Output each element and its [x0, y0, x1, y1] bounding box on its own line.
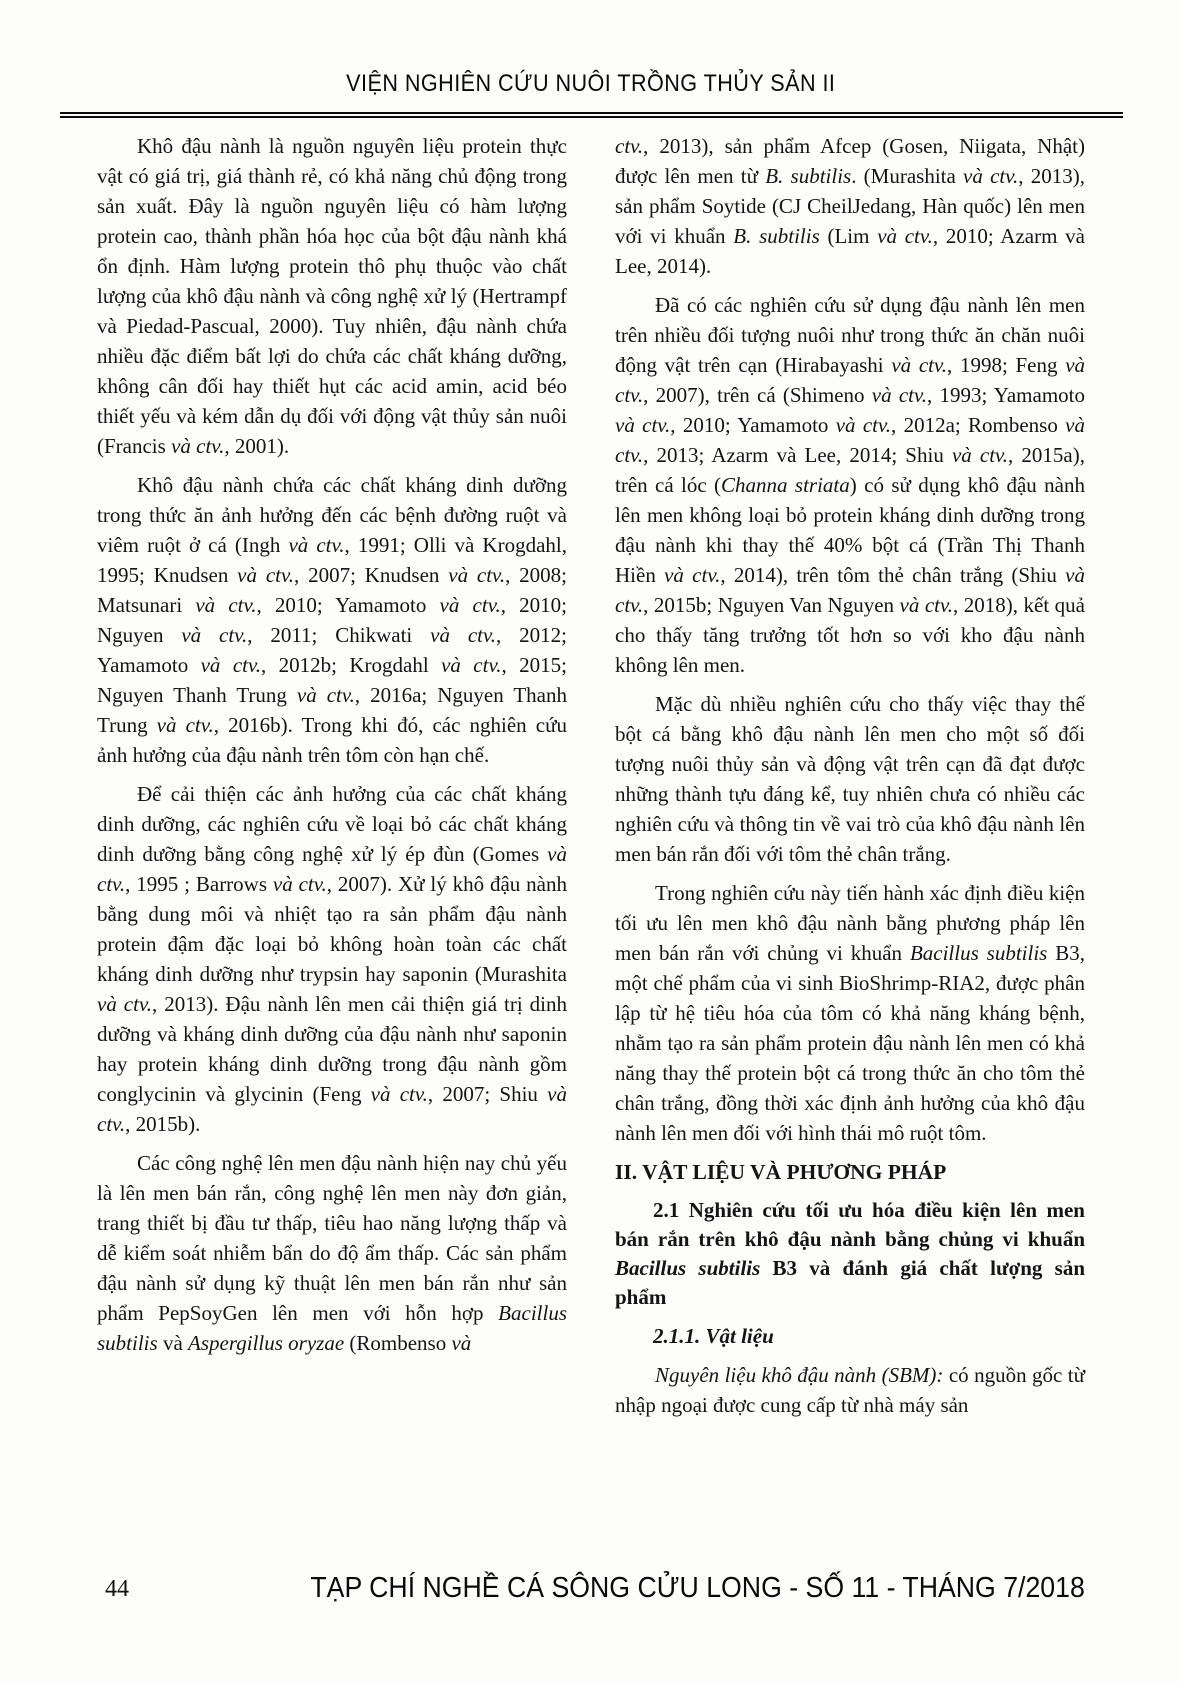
text-run: B3, một chế phẩm của vi sinh BioShrimp-R… — [615, 941, 1085, 1145]
text-run: và ctv. — [440, 593, 501, 617]
text-run: và ctv. — [963, 164, 1018, 188]
text-run: và ctv. — [891, 353, 947, 377]
text-run: , 2014), trên tôm thẻ chân trắng (Shiu — [720, 563, 1065, 587]
text-run: và ctv. — [877, 224, 933, 248]
text-run: , 2012a; Rombenso — [891, 413, 1065, 437]
text-run: , 2010; Yamamoto — [670, 413, 835, 437]
text-run: và — [158, 1331, 188, 1355]
text-run: , 2013; Azarm và Lee, 2014; Shiu — [643, 443, 952, 467]
text-run: và ctv. — [615, 413, 670, 437]
text-run: và ctv. — [157, 713, 214, 737]
text-run: Aspergillus oryzae — [188, 1331, 344, 1355]
header-double-rule — [60, 112, 1123, 118]
text-run: B. subtilis — [733, 224, 819, 248]
text-run: . (Murashita — [851, 164, 963, 188]
text-run: , 2011; Chikwati — [247, 623, 430, 647]
text-run: và ctv. — [181, 623, 247, 647]
paragraph: Khô đậu nành chứa các chất kháng dinh dư… — [97, 470, 567, 770]
running-head: VIỆN NGHIÊN CỨU NUÔI TRỒNG THỦY SẢN II — [0, 70, 1181, 98]
text-run: Mặc dù nhiều nghiên cứu cho thấy việc th… — [615, 692, 1085, 866]
text-run: , 2010; Yamamoto — [257, 593, 440, 617]
text-run: và ctv. — [201, 653, 261, 677]
text-run: Bacillus subtilis — [615, 1256, 760, 1280]
text-run: và ctv. — [430, 623, 496, 647]
text-run: (Rombenso — [344, 1331, 451, 1355]
right-column: ctv., 2013), sản phẩm Afcep (Gosen, Niig… — [615, 131, 1085, 1429]
text-run: và ctv. — [872, 383, 927, 407]
text-run: (Lim — [820, 224, 877, 248]
text-run: và ctv. — [171, 434, 224, 458]
text-run: và ctv. — [195, 593, 256, 617]
journal-footer-line: TẠP CHÍ NGHỀ CÁ SÔNG CỬU LONG - SỐ 11 - … — [311, 1572, 1085, 1605]
text-run: , 2015b). — [125, 1112, 200, 1136]
text-run: và ctv. — [952, 443, 1008, 467]
text-run: và ctv. — [97, 992, 152, 1016]
text-run: , 1993; Yamamoto — [927, 383, 1085, 407]
text-run: ctv. — [615, 134, 643, 158]
text-run: Để cải thiện các ảnh hưởng của các chất … — [97, 782, 567, 866]
text-run: Các công nghệ lên men đậu nành hiện nay … — [97, 1151, 567, 1325]
left-column: Khô đậu nành là nguồn nguyên liệu protei… — [97, 131, 567, 1429]
text-run: , 2007; Shiu — [428, 1082, 547, 1106]
text-run: và ctv. — [237, 563, 294, 587]
text-run: và ctv. — [448, 563, 505, 587]
text-run: , 2007; Knudsen — [294, 563, 448, 587]
two-column-body: Khô đậu nành là nguồn nguyên liệu protei… — [97, 131, 1085, 1429]
paragraph: Khô đậu nành là nguồn nguyên liệu protei… — [97, 131, 567, 461]
text-run: , 2001). — [224, 434, 289, 458]
text-run: B. subtilis — [765, 164, 851, 188]
text-run: Nguyên liệu khô đậu nành (SBM): — [655, 1363, 943, 1387]
paragraph: Để cải thiện các ảnh hưởng của các chất … — [97, 779, 567, 1139]
text-run: và ctv. — [664, 563, 720, 587]
subsubsection-heading: 2.1.1. Vật liệu — [615, 1321, 1085, 1351]
paragraph: Mặc dù nhiều nghiên cứu cho thấy việc th… — [615, 689, 1085, 869]
text-run: , 2007), trên cá (Shimeno — [643, 383, 872, 407]
section-heading: II. VẬT LIỆU VÀ PHƯƠNG PHÁP — [615, 1157, 1085, 1187]
page-footer: 44 TẠP CHÍ NGHỀ CÁ SÔNG CỬU LONG - SỐ 11… — [97, 1572, 1085, 1612]
journal-page: VIỆN NGHIÊN CỨU NUÔI TRỒNG THỦY SẢN II K… — [0, 0, 1181, 1683]
text-run: và ctv. — [371, 1082, 428, 1106]
text-run: và — [451, 1331, 471, 1355]
text-run: II. VẬT LIỆU VÀ PHƯƠNG PHÁP — [615, 1160, 946, 1184]
page-number: 44 — [105, 1576, 129, 1603]
text-run: 2.1 Nghiên cứu tối ưu hóa điều kiện lên … — [615, 1198, 1085, 1251]
text-run: , 1998; Feng — [947, 353, 1065, 377]
text-run: và ctv. — [297, 683, 355, 707]
running-head-title: VIỆN NGHIÊN CỨU NUÔI TRỒNG THỦY SẢN II — [346, 70, 835, 98]
text-run: Channa striata — [721, 473, 850, 497]
paragraph: Nguyên liệu khô đậu nành (SBM): có nguồn… — [615, 1360, 1085, 1420]
text-run: , 1995 ; Barrows — [125, 872, 273, 896]
subsection-heading: 2.1 Nghiên cứu tối ưu hóa điều kiện lên … — [615, 1196, 1085, 1312]
text-run: và ctv. — [288, 533, 344, 557]
text-run: , 2012b; Krogdahl — [261, 653, 441, 677]
paragraph: Các công nghệ lên men đậu nành hiện nay … — [97, 1148, 567, 1358]
text-run: , 2015b; Nguyen Van Nguyen — [643, 593, 899, 617]
text-run: và ctv. — [836, 413, 891, 437]
text-run: và ctv. — [900, 593, 954, 617]
paragraph: Trong nghiên cứu này tiến hành xác định … — [615, 878, 1085, 1148]
text-run: Khô đậu nành là nguồn nguyên liệu protei… — [97, 134, 567, 458]
text-run: 2.1.1. Vật liệu — [653, 1324, 774, 1348]
paragraph: ctv., 2013), sản phẩm Afcep (Gosen, Niig… — [615, 131, 1085, 281]
text-run: và ctv. — [273, 872, 327, 896]
text-run: Bacillus subtilis — [910, 941, 1047, 965]
paragraph: Đã có các nghiên cứu sử dụng đậu nành lê… — [615, 290, 1085, 680]
text-run: và ctv. — [441, 653, 501, 677]
